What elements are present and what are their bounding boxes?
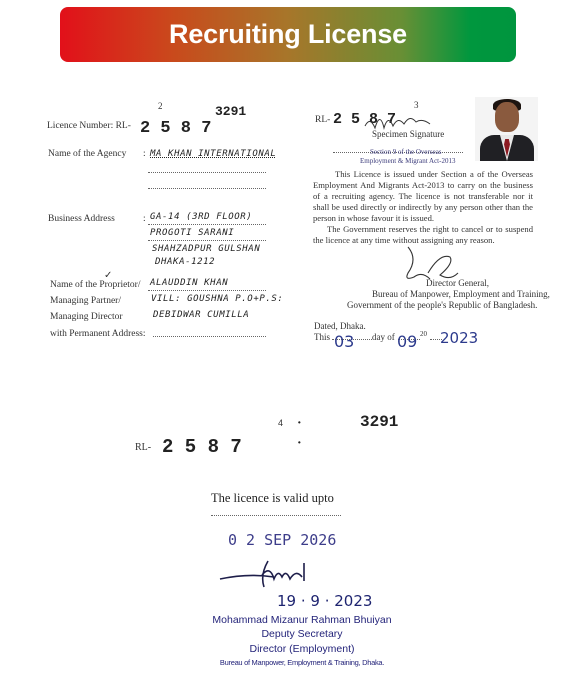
signatory-role: Director (Employment) <box>212 643 392 655</box>
address-line: PROGOTI SARANI <box>150 228 234 238</box>
colon: : <box>143 214 146 224</box>
licence-number: 2 5 8 7 <box>140 119 211 138</box>
colon: : <box>143 149 146 159</box>
address-line: GA-14 (3RD FLOOR) <box>150 212 252 222</box>
signatory-line: Government of the people's Republic of B… <box>347 300 537 310</box>
section-stamp: Section 9 of the Overseas <box>370 148 442 156</box>
dotted-line <box>148 240 266 241</box>
proprietor-label: with Permanent Address: <box>50 329 146 339</box>
proprietor-label: Managing Director <box>50 312 123 322</box>
serial-number: 3291 <box>360 413 398 431</box>
licence-number: 2 5 8 7 <box>162 436 242 458</box>
dotted-line <box>148 188 266 189</box>
dotted-line <box>211 515 341 516</box>
issue-day: 03 <box>334 332 354 351</box>
proprietor-label: Managing Partner/ <box>50 296 121 306</box>
proprietor-name: ALAUDDIN KHAN <box>150 278 228 288</box>
licence-number-label: Licence Number: RL- <box>47 121 131 131</box>
page-number: 2 <box>158 101 163 111</box>
signatory-line: Bureau of Manpower, Employment and Train… <box>372 289 550 299</box>
specimen-signature-label: Specimen Signature <box>372 129 444 139</box>
section-stamp: Employment & Migrant Act-2013 <box>360 157 455 165</box>
dotted-line <box>148 224 266 225</box>
proprietor-photo <box>475 97 538 161</box>
sign-date: 19 · 9 · 2023 <box>277 592 372 610</box>
signatory-office: Bureau of Manpower, Employment & Trainin… <box>212 658 392 667</box>
dotted-line <box>148 290 266 291</box>
rl-prefix: RL- <box>135 442 151 453</box>
rl-prefix: RL- <box>315 115 330 125</box>
checkmark-icon: ✓ <box>104 270 112 281</box>
issue-year: 2023 <box>440 329 478 347</box>
licence-terms-paragraph: This Licence is issued under Section a o… <box>313 169 533 224</box>
century-label: 20 <box>420 330 427 338</box>
agency-name: MA KHAN INTERNATIONAL <box>150 149 276 159</box>
dot-mark: · <box>297 436 302 452</box>
address-line: DHAKA-1212 <box>155 257 215 267</box>
deputy-secretary-signature-icon <box>218 555 328 595</box>
title-banner: Recruiting License <box>60 7 516 62</box>
valid-until-date: 0 2 SEP 2026 <box>228 531 336 549</box>
serial-number: 3291 <box>215 104 246 119</box>
banner-title: Recruiting License <box>169 19 407 50</box>
page-number: 4 <box>278 418 283 428</box>
business-address-label: Business Address <box>48 214 115 224</box>
signatory-name: Mohammad Mizanur Rahman Bhuiyan <box>212 614 392 626</box>
proprietor-address: DEBIDWAR CUMILLA <box>153 310 249 320</box>
dot-mark: · <box>297 416 302 432</box>
signatory-title: Deputy Secretary <box>212 628 392 640</box>
day-of-label: day of <box>372 332 395 342</box>
agency-label: Name of the Agency <box>48 149 126 159</box>
dotted-line <box>153 336 266 337</box>
proprietor-address: VILL: GOUSHNA P.O+P.S: <box>151 294 283 304</box>
government-rights-paragraph: The Government reserves the right to can… <box>313 224 533 246</box>
dated-label: Dated, Dhaka. <box>314 321 366 331</box>
address-line: SHAHZADPUR GULSHAN <box>152 244 260 254</box>
proprietor-label: Name of the Proprietor/ <box>50 280 141 290</box>
dotted-line <box>148 172 266 173</box>
this-label: This <box>314 332 330 342</box>
validity-label: The licence is valid upto <box>211 491 334 506</box>
signatory-line: Director General, <box>426 278 489 288</box>
issue-month: 09 <box>397 332 417 351</box>
